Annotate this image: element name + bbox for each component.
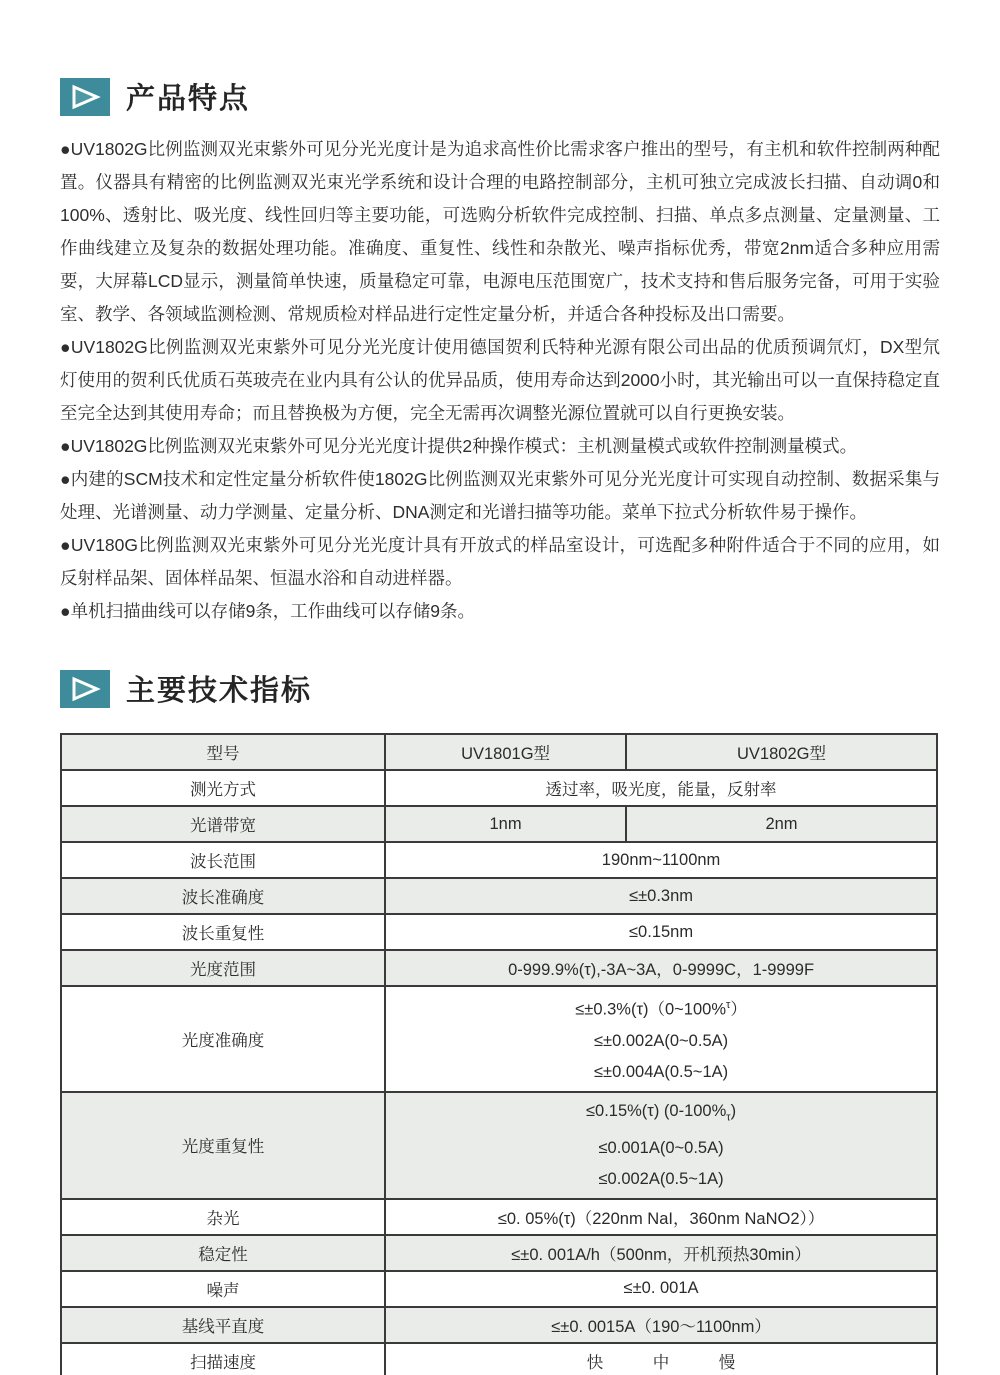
spec-value: 190nm~1100nm xyxy=(385,842,937,878)
spec-value: ≤0. 05%(τ)（220nm NaI，360nm NaNO2）） xyxy=(385,1199,937,1235)
spec-value: 0-999.9%(τ),-3A~3A，0-9999C，1-9999F xyxy=(385,950,937,986)
table-row-stability: 稳定性 ≤±0. 001A/h（500nm，开机预热30min） xyxy=(61,1235,937,1271)
spec-line: ≤±0.3%(τ)（0~100%τ） xyxy=(392,990,930,1026)
table-row-bandwidth: 光谱带宽 1nm 2nm xyxy=(61,806,937,842)
feature-item: ●单机扫描曲线可以存储9条，工作曲线可以存储9条。 xyxy=(60,595,940,628)
section-title-text: 主要技术指标 xyxy=(126,668,312,709)
spec-value: 快 中 慢 xyxy=(385,1343,937,1375)
spec-label: 噪声 xyxy=(61,1271,385,1307)
section-title-features: 产品特点 xyxy=(60,0,940,117)
section-title-specs: 主要技术指标 xyxy=(60,628,940,709)
table-row-photometric-range: 光度范围 0-999.9%(τ),-3A~3A，0-9999C，1-9999F xyxy=(61,950,937,986)
spec-label: 杂光 xyxy=(61,1199,385,1235)
spec-label: 光度准确度 xyxy=(61,986,385,1092)
spec-value: ≤±0. 001A xyxy=(385,1271,937,1307)
spec-value-uv1802g: 2nm xyxy=(626,806,937,842)
table-row-stray-light: 杂光 ≤0. 05%(τ)（220nm NaI，360nm NaNO2）） xyxy=(61,1199,937,1235)
feature-item: ●UV1802G比例监测双光束紫外可见分光光度计是为追求高性价比需求客户推出的型… xyxy=(60,133,940,331)
table-row-photometric-accuracy: 光度准确度 ≤±0.3%(τ)（0~100%τ） ≤±0.002A(0~0.5A… xyxy=(61,986,937,1092)
spec-line: ≤±0.004A(0.5~1A) xyxy=(392,1057,930,1088)
feature-item: ●内建的SCM技术和定性定量分析软件使1802G比例监测双光束紫外可见分光光度计… xyxy=(60,463,940,529)
table-row-wavelength-repeatability: 波长重复性 ≤0.15nm xyxy=(61,914,937,950)
table-row-noise: 噪声 ≤±0. 001A xyxy=(61,1271,937,1307)
spec-value: ≤±0.3nm xyxy=(385,878,937,914)
spec-line: ≤±0.002A(0~0.5A) xyxy=(392,1026,930,1057)
spec-value-uv1801g: UV1801G型 xyxy=(385,734,626,770)
table-row-photometric-repeatability: 光度重复性 ≤0.15%(τ) (0-100%τ) ≤0.001A(0~0.5A… xyxy=(61,1092,937,1199)
spec-label: 基线平直度 xyxy=(61,1307,385,1343)
spec-label: 波长准确度 xyxy=(61,878,385,914)
spec-value: 透过率，吸光度，能量，反射率 xyxy=(385,770,937,806)
section-title-text: 产品特点 xyxy=(126,76,250,117)
spec-label: 光谱带宽 xyxy=(61,806,385,842)
spec-label: 波长范围 xyxy=(61,842,385,878)
spec-value-uv1802g: UV1802G型 xyxy=(626,734,937,770)
table-row-wavelength-range: 波长范围 190nm~1100nm xyxy=(61,842,937,878)
spec-label: 波长重复性 xyxy=(61,914,385,950)
table-row-photometric-mode: 测光方式 透过率，吸光度，能量，反射率 xyxy=(61,770,937,806)
spec-label: 光度范围 xyxy=(61,950,385,986)
spec-value: ≤0.15nm xyxy=(385,914,937,950)
spec-value: ≤±0. 0015A（190～1100nm） xyxy=(385,1307,937,1343)
spec-line: ≤0.15%(τ) (0-100%τ) xyxy=(392,1096,930,1133)
spec-label: 扫描速度 xyxy=(61,1343,385,1375)
spec-value-multiline: ≤0.15%(τ) (0-100%τ) ≤0.001A(0~0.5A) ≤0.0… xyxy=(385,1092,937,1199)
spec-line: ≤0.002A(0.5~1A) xyxy=(392,1164,930,1195)
specs-table: 型号 UV1801G型 UV1802G型 测光方式 透过率，吸光度，能量，反射率… xyxy=(60,733,938,1375)
play-triangle-icon xyxy=(60,670,110,708)
spec-value-multiline: ≤±0.3%(τ)（0~100%τ） ≤±0.002A(0~0.5A) ≤±0.… xyxy=(385,986,937,1092)
spec-value-uv1801g: 1nm xyxy=(385,806,626,842)
spec-value: ≤±0. 001A/h（500nm，开机预热30min） xyxy=(385,1235,937,1271)
table-row-model: 型号 UV1801G型 UV1802G型 xyxy=(61,734,937,770)
feature-list: ●UV1802G比例监测双光束紫外可见分光光度计是为追求高性价比需求客户推出的型… xyxy=(60,133,940,628)
spec-label: 光度重复性 xyxy=(61,1092,385,1199)
feature-item: ●UV1802G比例监测双光束紫外可见分光光度计提供2种操作模式：主机测量模式或… xyxy=(60,430,940,463)
play-triangle-icon xyxy=(60,78,110,116)
feature-item: ●UV180G比例监测双光束紫外可见分光光度计具有开放式的样品室设计，可选配多种… xyxy=(60,529,940,595)
table-row-wavelength-accuracy: 波长准确度 ≤±0.3nm xyxy=(61,878,937,914)
table-row-baseline-flatness: 基线平直度 ≤±0. 0015A（190～1100nm） xyxy=(61,1307,937,1343)
table-row-scan-speed: 扫描速度 快 中 慢 xyxy=(61,1343,937,1375)
product-spec-page: 产品特点 ●UV1802G比例监测双光束紫外可见分光光度计是为追求高性价比需求客… xyxy=(0,0,1000,1375)
spec-label: 型号 xyxy=(61,734,385,770)
feature-item: ●UV1802G比例监测双光束紫外可见分光光度计使用德国贺利氏特种光源有限公司出… xyxy=(60,331,940,430)
spec-table-container: 型号 UV1801G型 UV1802G型 测光方式 透过率，吸光度，能量，反射率… xyxy=(60,733,940,1375)
spec-label: 测光方式 xyxy=(61,770,385,806)
spec-line: ≤0.001A(0~0.5A) xyxy=(392,1133,930,1164)
spec-label: 稳定性 xyxy=(61,1235,385,1271)
